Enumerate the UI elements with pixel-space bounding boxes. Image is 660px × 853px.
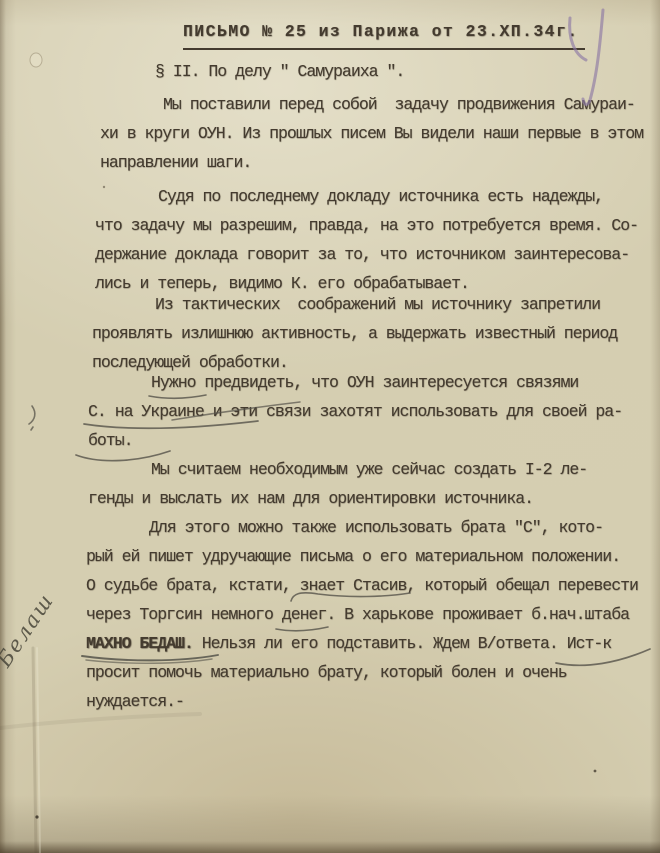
scanned-document-page: ПИСЬМО № 25 из Парижа от 23.ХП.34г. § II…	[0, 0, 660, 853]
paper-crease	[37, 648, 40, 853]
typed-line: хи в круги ОУН. Из прошлых писем Вы виде…	[100, 119, 660, 148]
paragraph: Мы считаем необходимым уже сейчас создат…	[88, 455, 660, 513]
typed-line: С. на Украине и эти связи захотят исполь…	[88, 397, 660, 426]
pencil-margin-squiggle	[29, 406, 35, 430]
paragraph: Судя по последнему докладу источника ест…	[95, 182, 660, 298]
paper-speck	[35, 815, 38, 818]
typed-line: Из тактических соображений мы источнику …	[92, 290, 660, 319]
typed-line: МАХНО БЕДАШ. Нельзя ли его подставить. Ж…	[86, 629, 660, 658]
typed-line: Мы считаем необходимым уже сейчас создат…	[88, 455, 660, 484]
typed-line: просит помочь материально брату, который…	[86, 658, 660, 687]
typed-line: держание доклада говорит за то, что исто…	[95, 240, 660, 269]
paper-crease	[0, 714, 200, 728]
typed-line: нуждается.-	[86, 687, 660, 716]
typed-line: боты.	[88, 426, 660, 455]
paper-speck	[594, 770, 597, 773]
typed-line: проявлять излишнюю активность, а выдержа…	[92, 319, 660, 348]
subject-line: § II. По делу " Самураиха ".	[155, 57, 404, 86]
paragraph: Для этого можно также использовать брата…	[86, 513, 660, 716]
paper-dimple	[30, 53, 42, 67]
paper-crease	[33, 648, 36, 853]
document-title: ПИСЬМО № 25 из Парижа от 23.ХП.34г.	[183, 21, 585, 50]
typed-line: направлении шаги.	[100, 148, 660, 177]
typed-line: через Торгсин немного денег. В харькове …	[86, 600, 660, 629]
typed-line: рый ей пишет удручающие письма о его мат…	[86, 542, 660, 571]
emphasized-name: МАХНО БЕДАШ.	[86, 634, 193, 653]
paragraph: Мы поставили перед собой задачу продвиже…	[100, 90, 660, 177]
typed-line: Для этого можно также использовать брата…	[86, 513, 660, 542]
typed-line: что задачу мы разрешим, правда, на это п…	[95, 211, 660, 240]
typed-line: генды и выслать их нам для ориентировки …	[88, 484, 660, 513]
paragraph: Из тактических соображений мы источнику …	[92, 290, 660, 377]
typed-line: Нужно предвидеть, что ОУН заинтересуется…	[88, 368, 660, 397]
typed-line: О судьбе брата, кстати, знает Стасив, ко…	[86, 571, 660, 600]
handwritten-margin-note: Белаш	[0, 589, 59, 672]
typed-line-rest: Нельзя ли его подставить. Ждем В/ответа.…	[193, 634, 611, 653]
typed-line: Мы поставили перед собой задачу продвиже…	[100, 90, 660, 119]
paragraph: Нужно предвидеть, что ОУН заинтересуется…	[88, 368, 660, 455]
typed-line: Судя по последнему докладу источника ест…	[95, 182, 660, 211]
